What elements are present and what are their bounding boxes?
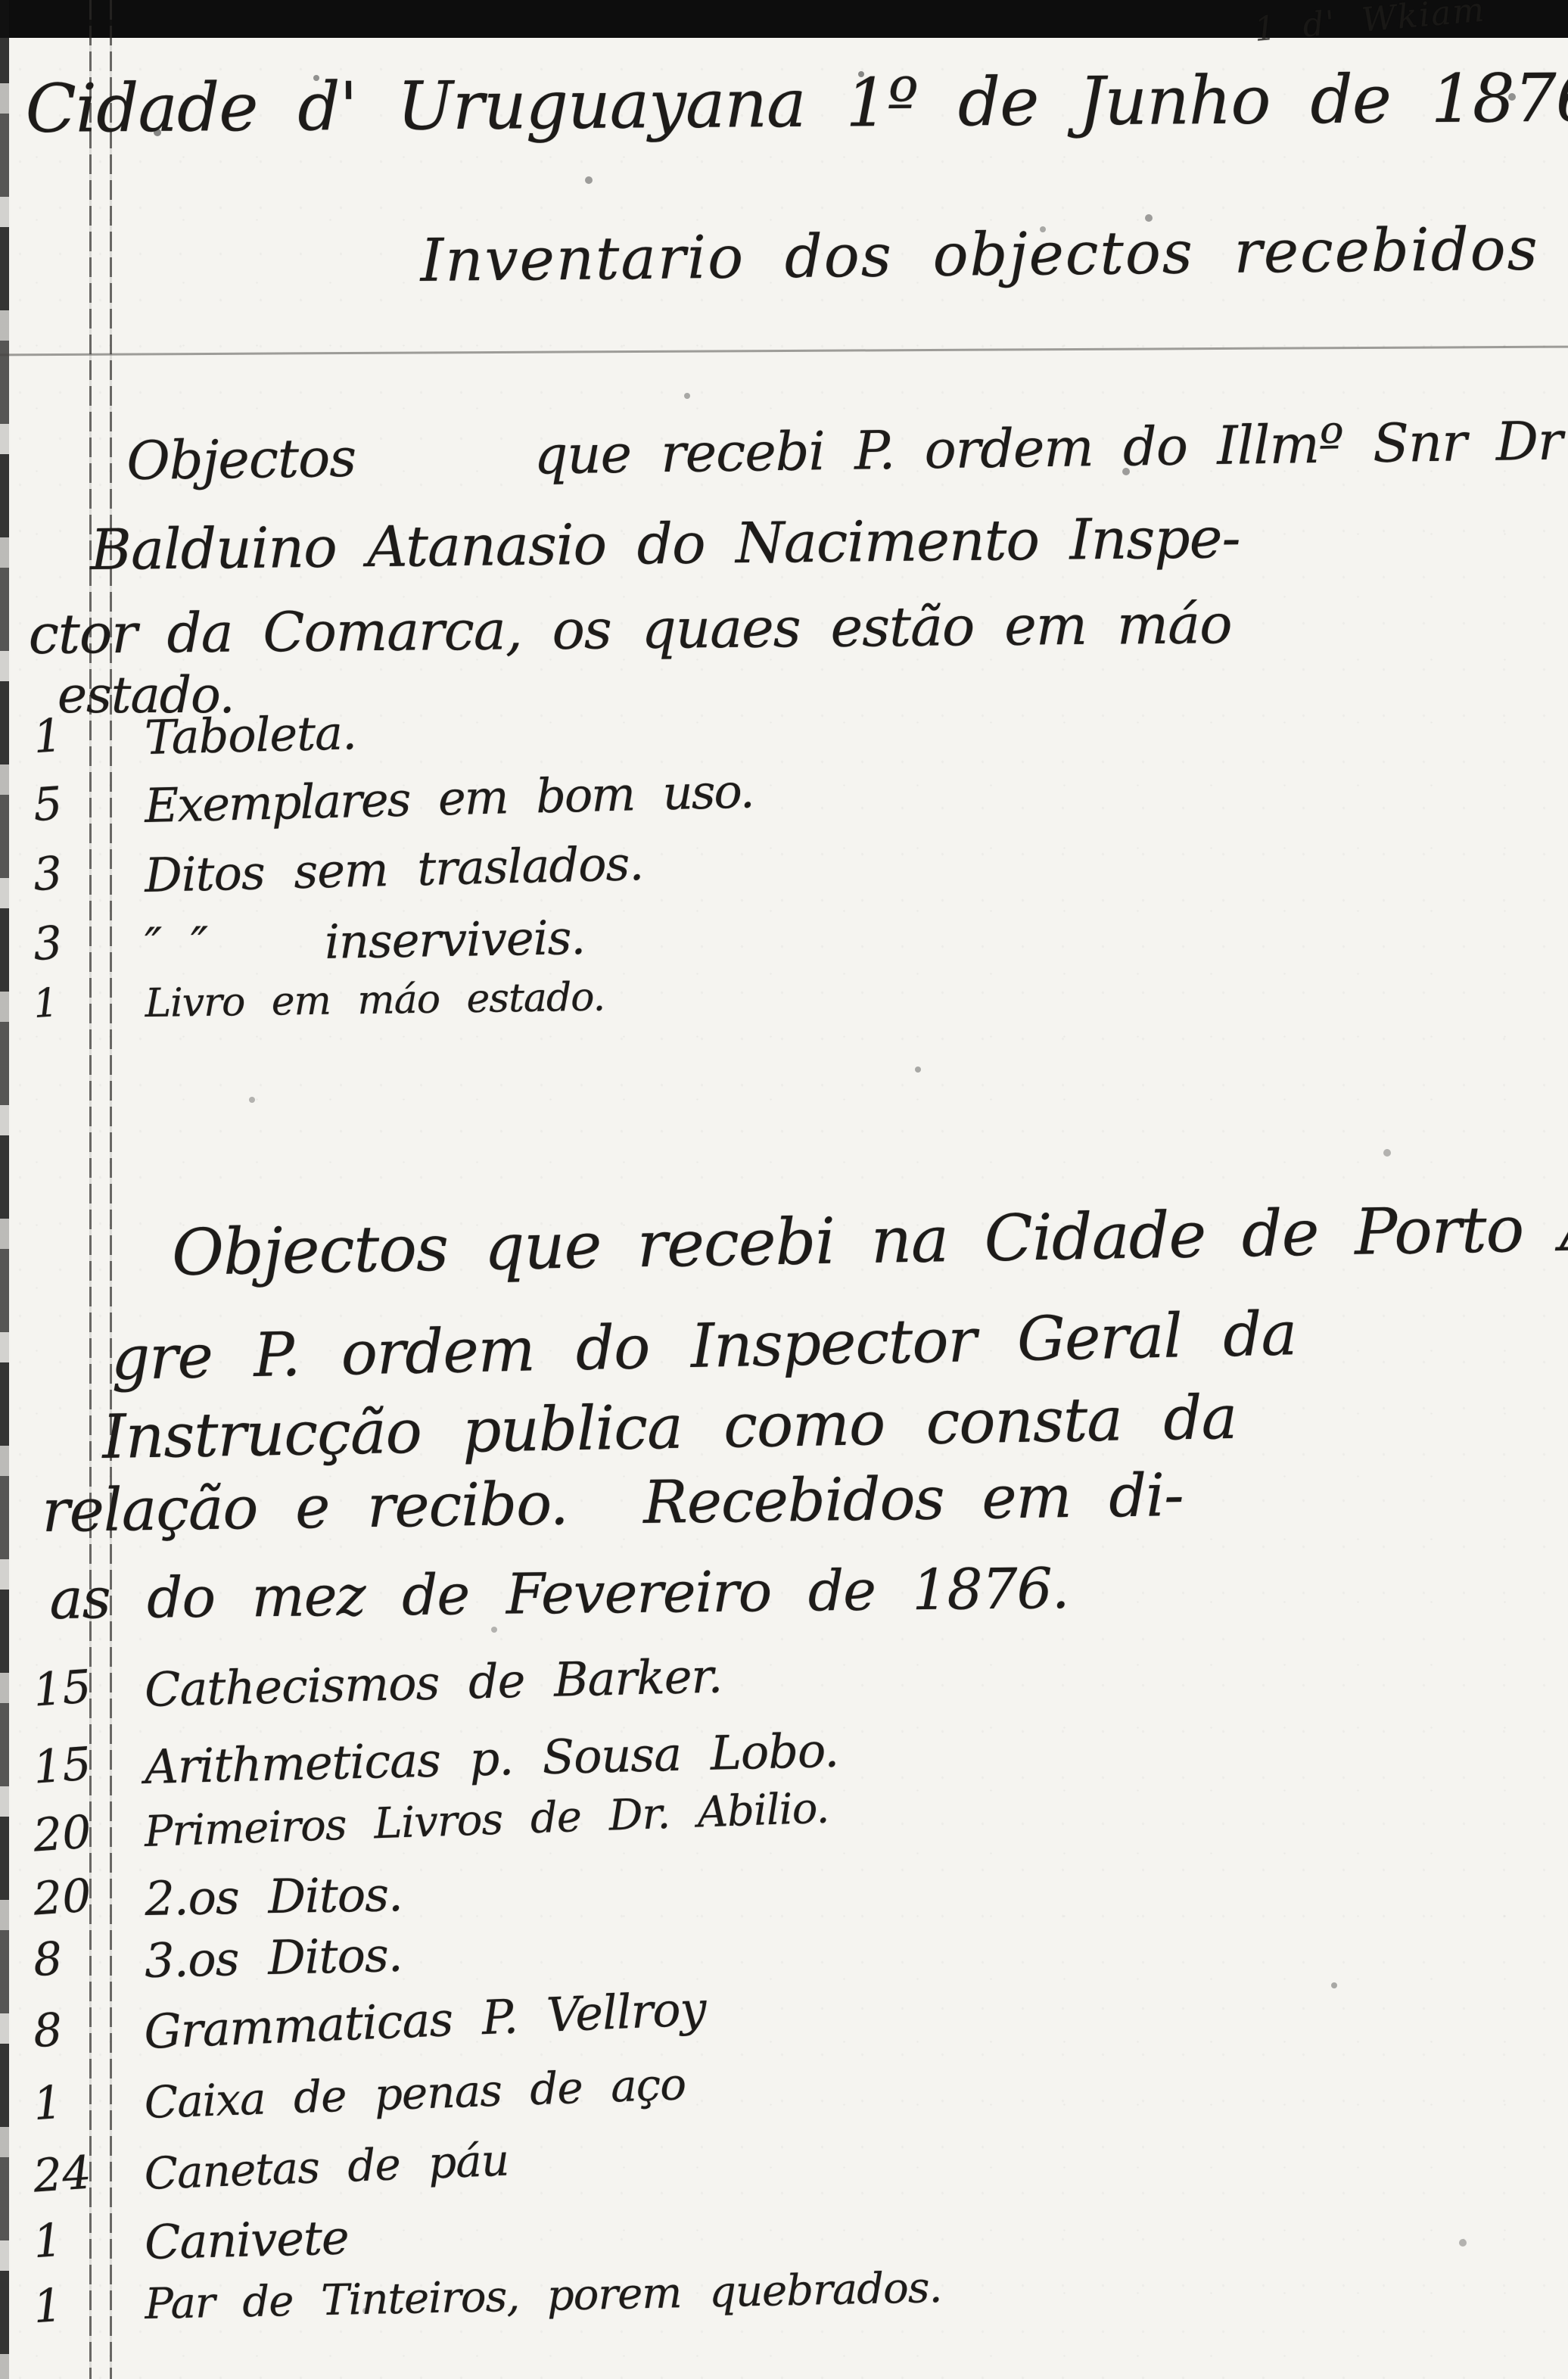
item-quantity: 1	[32, 709, 64, 764]
item-quantity: 1	[32, 2214, 64, 2268]
item-description: Taboleta.	[144, 705, 356, 765]
section2-paragraph-line: as do mez de Fevereiro de 1876.	[49, 1556, 1069, 1632]
section1-paragraph-line: Balduino Atanasio do Nacimento Inspe-	[90, 506, 1240, 583]
inventory-row: 8 Grammaticas P. Vellroy	[0, 2004, 1568, 2077]
horizontal-rule	[0, 346, 1568, 357]
item-description: 2.os Ditos.	[145, 1867, 403, 1926]
item-description: Livro em máo estado.	[145, 975, 605, 1026]
item-quantity: 1	[32, 980, 60, 1027]
item-quantity: 20	[32, 1869, 93, 1926]
inventory-row: 1 Par de Tinteiros, porem quebrados.	[0, 2280, 1568, 2353]
section2-paragraph-line: Instrucção publica como consta da	[101, 1382, 1237, 1472]
item-quantity: 15	[32, 1737, 93, 1794]
inventory-row: 24 Canetas de páu	[0, 2148, 1568, 2221]
section1-paragraph-line: Objectos que recebi P. ordem do Illmº Sn…	[126, 410, 1563, 492]
item-description: 3.os Ditos.	[144, 1927, 403, 1988]
item-quantity: 8	[32, 1932, 64, 1987]
item-description: Canivete	[144, 2209, 349, 2270]
section2-paragraph-line: relação e recibo. Recebidos em di-	[42, 1462, 1184, 1546]
inventory-row: 1 Livro em máo estado.	[0, 981, 1568, 1054]
section2-paragraph-line: Objectos que recebi na Cidade de Porto A…	[171, 1190, 1568, 1290]
item-quantity: 5	[32, 777, 64, 832]
corner-annotation: 1 d' Wkiam	[1253, 0, 1487, 49]
item-quantity: 20	[32, 1805, 93, 1862]
item-quantity: 24	[32, 2146, 93, 2203]
inventory-row: 8 3.os Ditos.	[0, 1933, 1568, 2006]
paper-specks	[0, 0, 5, 5]
item-quantity: 15	[32, 1660, 93, 1717]
manuscript-page: 1 d' Wkiam Cidade d' Uruguayana 1º de Ju…	[0, 0, 1568, 2379]
item-quantity: 3	[32, 847, 64, 901]
item-quantity: 8	[32, 2004, 64, 2058]
item-description: ″ ″ inserviveis.	[145, 910, 586, 973]
inventory-row: 1 Taboleta.	[0, 710, 1568, 783]
inventory-row: 3 Ditos sem traslados.	[0, 848, 1568, 920]
item-description: Ditos sem traslados.	[144, 836, 644, 903]
date-line: Cidade d' Uruguayana 1º de Junho de 1876…	[25, 58, 1568, 148]
section1-paragraph-line: ctor da Comarca, os quaes estão em máo	[28, 592, 1232, 666]
inventory-row: 5 Exemplares em bom uso.	[0, 778, 1568, 851]
item-quantity: 3	[32, 917, 64, 971]
inventory-row: 1 Caixa de penas de aço	[0, 2077, 1568, 2150]
page-title: Inventario dos objectos recebidos	[420, 216, 1539, 295]
section2-paragraph-line: gre P. ordem do Inspector Geral da	[110, 1298, 1297, 1393]
item-quantity: 1	[32, 2279, 64, 2334]
item-quantity: 1	[32, 2076, 64, 2131]
item-description: Cathecismos de Barker.	[144, 1648, 723, 1717]
